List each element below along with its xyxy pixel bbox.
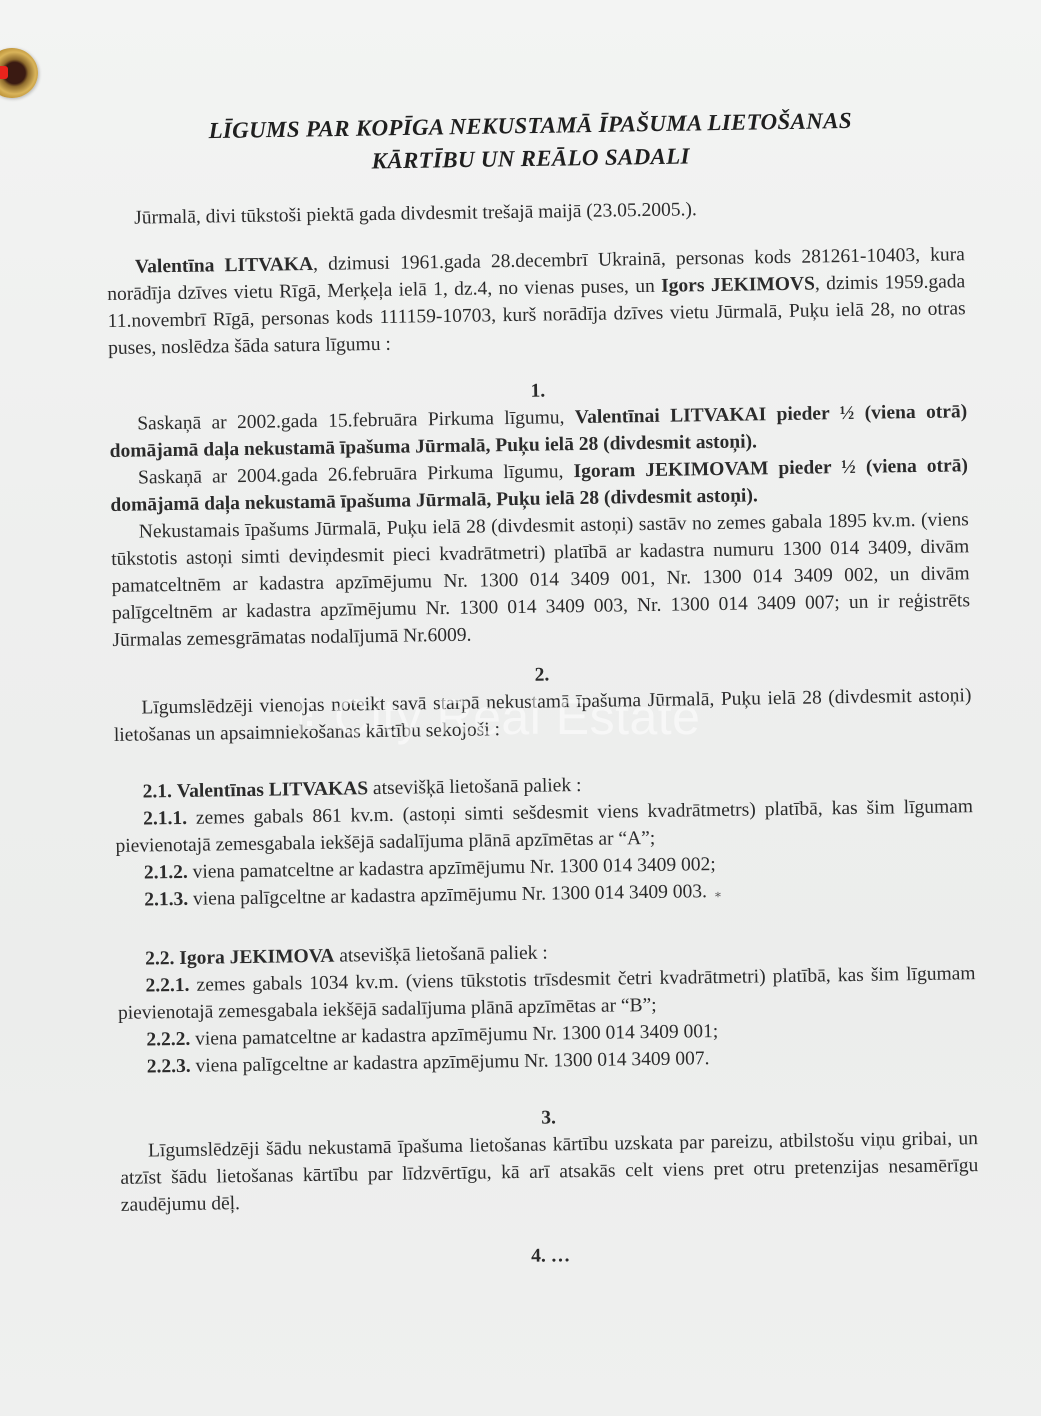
parties-paragraph: Valentīna LITVAKA, dzimusi 1961.gada 28.… (107, 241, 967, 362)
document-body: Jūrmalā, divi tūkstoši piektā gada divde… (106, 192, 980, 1276)
document-page: LĪGUMS PAR KOPĪGA NEKUSTAMĀ ĪPAŠUMA LIET… (0, 0, 1041, 1416)
party-1-name: Valentīna LITVAKA (135, 254, 313, 278)
document-title: LĪGUMS PAR KOPĪGA NEKUSTAMĀ ĪPAŠUMA LIET… (150, 103, 911, 181)
section-3-text: Līgumslēdzēji šādu nekustamā īpašuma lie… (120, 1125, 979, 1219)
thumbtack-icon (0, 48, 38, 98)
section-1-para-3: Nekustamais īpašums Jūrmalā, Puķu ielā 2… (111, 506, 971, 654)
pen-mark: ⁎ (715, 880, 721, 907)
party-2-name: Igors JEKIMOVS (661, 273, 815, 296)
